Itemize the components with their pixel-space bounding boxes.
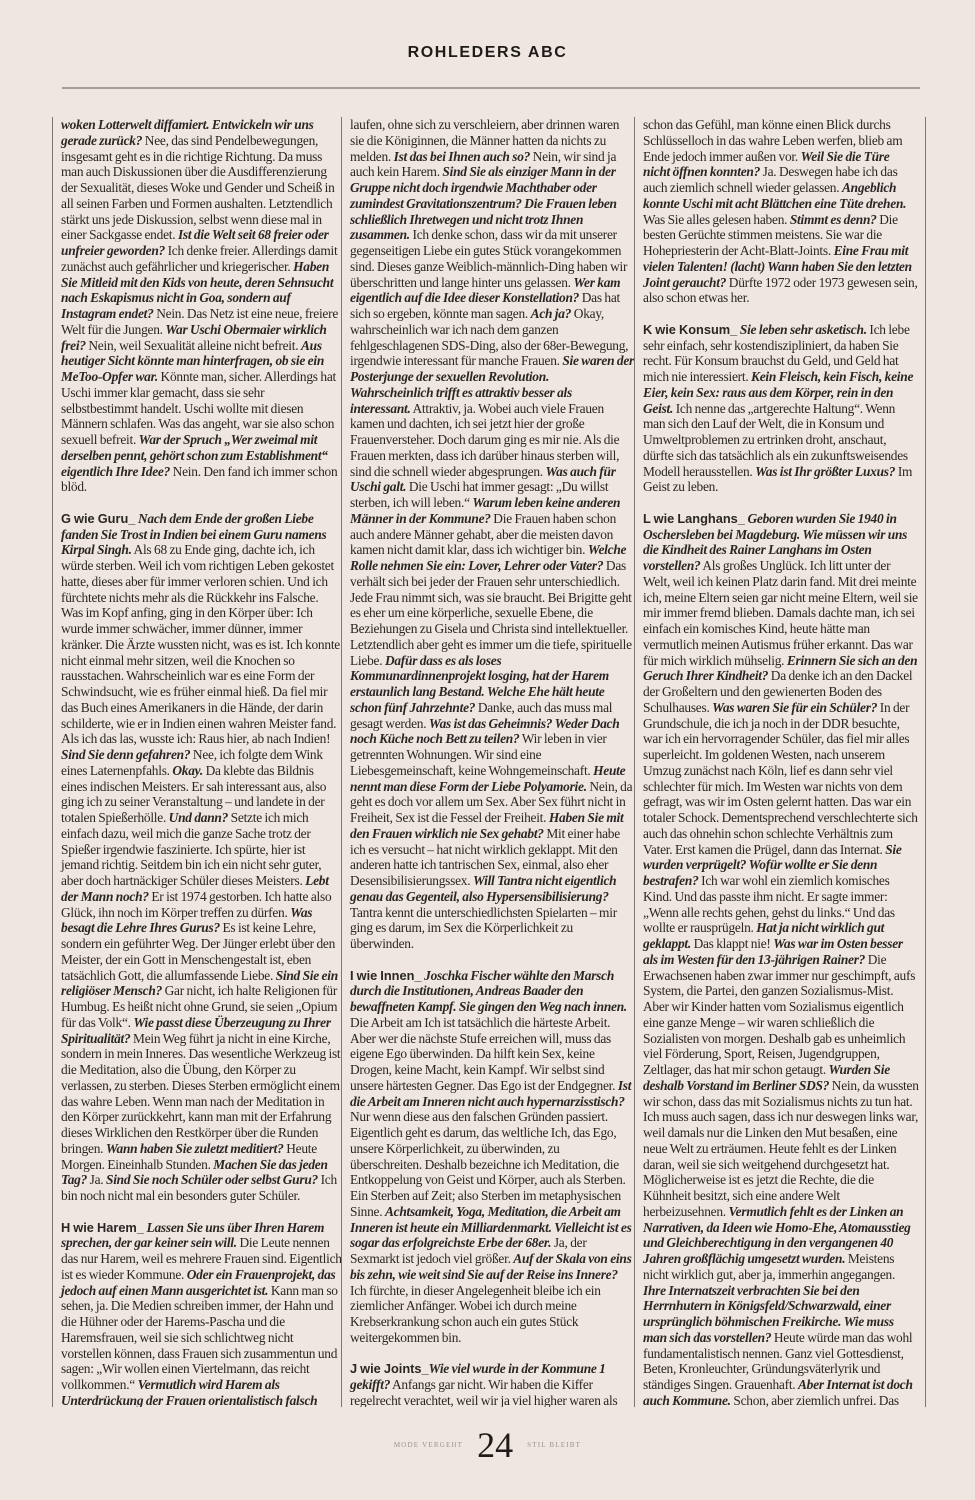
article-body: woken Lotterwelt diffamiert. Entwickeln … — [52, 117, 926, 1407]
article-column-2: laufen, ohne sich zu verschleiern, aber … — [341, 117, 634, 1407]
section-heading: I wie Innen_ — [350, 968, 422, 983]
interview-answer: Anfangs gar nicht. Wir haben die Kiffer … — [350, 1377, 617, 1407]
section-heading: H wie Harem_ — [61, 1220, 144, 1235]
section-heading: L wie Langhans_ — [643, 511, 745, 526]
section-paragraph: G wie Guru_ Nach dem Ende der großen Lie… — [61, 511, 342, 1204]
interview-answer: Ja. — [87, 1172, 106, 1187]
section-paragraph: J wie Joints_Wie viel wurde in der Kommu… — [350, 1361, 634, 1407]
section-paragraph: L wie Langhans_ Geboren wurden Sie 1940 … — [643, 511, 919, 1407]
continued-paragraph: laufen, ohne sich zu verschleiern, aber … — [350, 117, 634, 952]
section-heading: G wie Guru_ — [61, 511, 135, 526]
interview-question: Sie leben sehr asketisch. — [737, 322, 867, 337]
interview-question: Okay. — [172, 763, 203, 778]
interview-answer: Nein, da wussten wir schon, dass das mit… — [643, 1078, 919, 1219]
interview-question: Wann haben Sie zuletzt meditiert? — [106, 1141, 284, 1156]
section-paragraph: K wie Konsum_ Sie leben sehr asketisch. … — [643, 322, 919, 495]
interview-answer: Mein Weg führt ja nicht in eine Kirche, … — [61, 1031, 340, 1156]
article-column-3: schon das Gefühl, man könne einen Blick … — [634, 117, 926, 1407]
page-title: ROHLEDERS ABC — [0, 44, 975, 62]
interview-answer: Als großes Unglück. Ich litt unter der W… — [643, 558, 918, 668]
interview-question: Und dann? — [169, 810, 228, 825]
interview-answer: Nein, weil Sexualität alleine nicht befr… — [86, 338, 301, 353]
continued-paragraph: woken Lotterwelt diffamiert. Entwickeln … — [61, 117, 342, 495]
interview-answer: Das klappt nie! — [691, 936, 773, 951]
interview-question: Ach ja? — [531, 306, 572, 321]
interview-question: Ist das bei Ihnen auch so? — [394, 149, 530, 164]
interview-question: Was waren Sie für ein Schüler? — [712, 700, 877, 715]
interview-answer: Kann man so sehen, ja. Die Medien schrei… — [61, 1283, 338, 1393]
page-number: 24 — [477, 1425, 513, 1465]
interview-answer: Das verhält sich bei jeder der Frauen se… — [350, 558, 632, 668]
footer-slogan-left: MODE VERGEHT — [394, 1441, 463, 1449]
interview-answer: Tantra kennt die unterschiedlichsten Spi… — [350, 905, 617, 952]
interview-answer: Ich fürchte, in dieser Angelegenheit ble… — [350, 1283, 601, 1345]
interview-answer: Die Arbeit am Ich ist tatsächlich die hä… — [350, 1015, 618, 1093]
interview-question: Was ist Ihr größter Luxus? — [755, 464, 895, 479]
section-heading: K wie Konsum_ — [643, 322, 737, 337]
header-divider — [62, 87, 920, 89]
interview-question: Sind Sie denn gefahren? — [61, 747, 190, 762]
section-paragraph: I wie Innen_ Joschka Fischer wählte den … — [350, 968, 634, 1346]
continued-paragraph: schon das Gefühl, man könne einen Blick … — [643, 117, 919, 306]
section-paragraph: H wie Harem_ Lassen Sie uns über Ihren H… — [61, 1220, 342, 1408]
interview-answer: Nee, das sind Pendelbewegungen, insgesam… — [61, 133, 335, 243]
section-heading: J wie Joints_ — [350, 1361, 429, 1376]
interview-answer: Nur wenn diese aus den falschen Gründen … — [350, 1109, 626, 1219]
interview-question: Stimmt es denn? — [790, 212, 877, 227]
interview-answer: In der Grundschule, die ich ja noch in d… — [643, 700, 918, 857]
interview-question: Sind Sie noch Schüler oder selbst Guru? — [106, 1172, 318, 1187]
page-footer: MODE VERGEHT 24 STIL BLEIBT — [0, 1425, 975, 1465]
interview-answer: Die Erwachsenen haben zwar immer nur ges… — [643, 952, 915, 1077]
footer-slogan-right: STIL BLEIBT — [527, 1441, 581, 1449]
article-column-1: woken Lotterwelt diffamiert. Entwickeln … — [52, 117, 342, 1407]
interview-answer: Als 68 zu Ende ging, dachte ich, ich wür… — [61, 542, 340, 746]
interview-answer: Was Sie alles gelesen haben. — [643, 212, 790, 227]
interview-question: Achtsamkeit, Yoga, Meditation, die Arbei… — [350, 1204, 632, 1251]
